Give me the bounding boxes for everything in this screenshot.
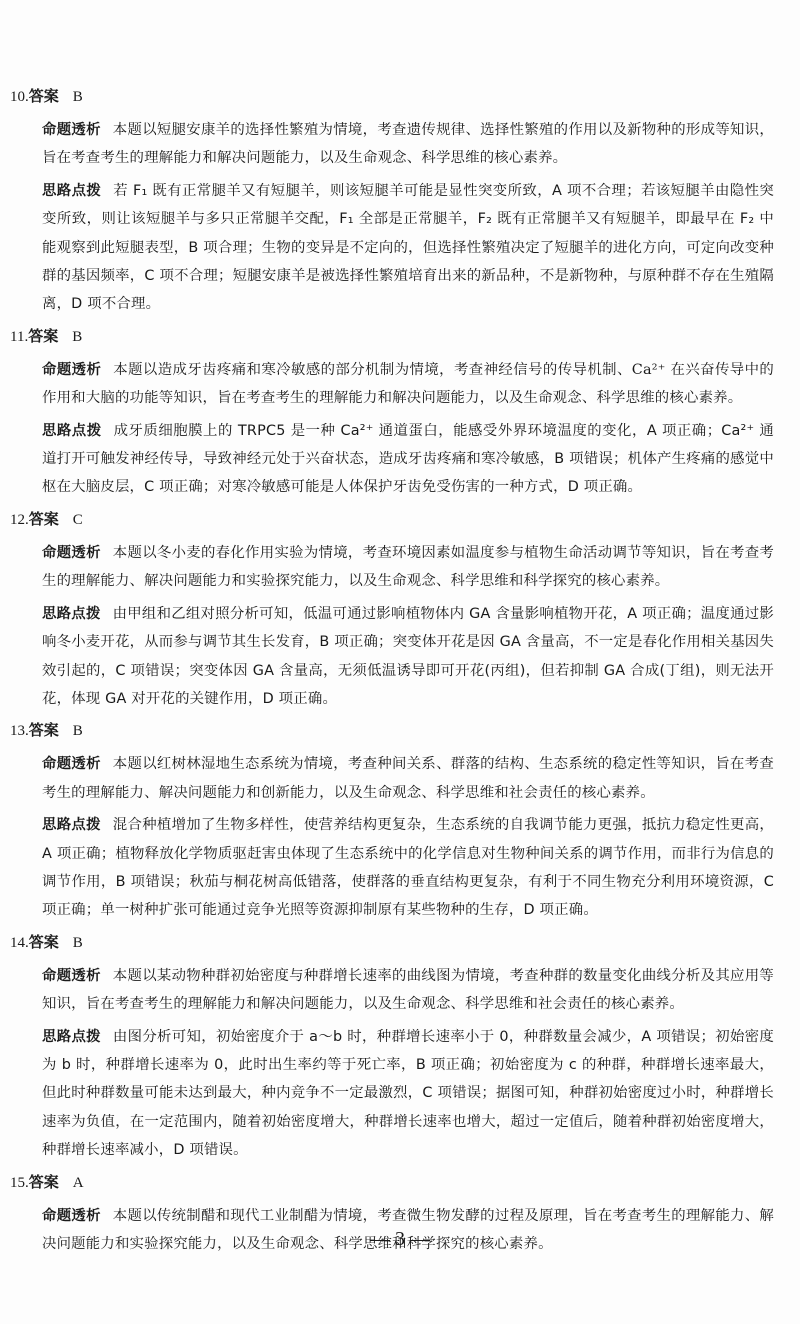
analysis-paragraph: 命题透析本题以造成牙齿疼痛和寒冷敏感的部分机制为情境，考查神经信号的传导机制、C…	[42, 356, 774, 413]
analysis-text: 本题以短腿安康羊的选择性繁殖为情境，考查遗传规律、选择性繁殖的作用以及新物种的形…	[42, 122, 774, 166]
hint-label: 思路点拨	[42, 1029, 101, 1045]
hint-label: 思路点拨	[42, 183, 101, 199]
question-number: 13.	[10, 723, 29, 739]
answer-label: 答案	[28, 328, 58, 345]
question-number: 10.	[10, 89, 29, 105]
question-header: 10.答案B	[10, 83, 800, 111]
page-number: — 3 —	[0, 1228, 800, 1251]
question-header: 13.答案B	[10, 717, 800, 745]
hint-label: 思路点拨	[42, 606, 101, 622]
hint-text: 由图分析可知，初始密度介于 a～b 时，种群增长速率小于 0，种群数量会减少，A…	[42, 1029, 774, 1159]
question-10: 10.答案B 命题透析本题以短腿安康羊的选择性繁殖为情境，考查遗传规律、选择性繁…	[0, 83, 800, 319]
analysis-text: 本题以冬小麦的春化作用实验为情境，考查环境因素如温度参与植物生命活动调节等知识，…	[42, 545, 774, 589]
hint-paragraph: 思路点拨成牙质细胞膜上的 TRPC5 是一种 Ca²⁺ 通道蛋白，能感受外界环境…	[42, 417, 774, 502]
answer-label: 答案	[29, 722, 59, 739]
question-number: 12.	[10, 512, 29, 528]
question-12: 12.答案C 命题透析本题以冬小麦的春化作用实验为情境，考查环境因素如温度参与植…	[0, 506, 800, 713]
hint-text: 成牙质细胞膜上的 TRPC5 是一种 Ca²⁺ 通道蛋白，能感受外界环境温度的变…	[42, 423, 774, 496]
analysis-paragraph: 命题透析本题以某动物种群初始密度与种群增长速率的曲线图为情境，考查种群的数量变化…	[42, 962, 774, 1019]
answer-label: 答案	[29, 88, 59, 105]
answer-value: B	[73, 723, 83, 739]
answer-value: B	[73, 89, 83, 105]
answer-key-page: 10.答案B 命题透析本题以短腿安康羊的选择性繁殖为情境，考查遗传规律、选择性繁…	[0, 83, 800, 1262]
hint-paragraph: 思路点拨由图分析可知，初始密度介于 a～b 时，种群增长速率小于 0，种群数量会…	[42, 1023, 774, 1165]
analysis-text: 本题以红树林湿地生态系统为情境，考查种间关系、群落的结构、生态系统的稳定性等知识…	[42, 756, 774, 800]
answer-value: A	[73, 1175, 84, 1191]
analysis-label: 命题透析	[42, 968, 101, 984]
hint-text: 混合种植增加了生物多样性，使营养结构更复杂，生态系统的自我调节能力更强，抵抗力稳…	[42, 817, 774, 918]
analysis-paragraph: 命题透析本题以短腿安康羊的选择性繁殖为情境，考查遗传规律、选择性繁殖的作用以及新…	[42, 116, 774, 173]
answer-value: B	[72, 329, 82, 345]
analysis-label: 命题透析	[42, 545, 101, 561]
analysis-paragraph: 命题透析本题以冬小麦的春化作用实验为情境，考查环境因素如温度参与植物生命活动调节…	[42, 539, 774, 596]
analysis-text: 本题以某动物种群初始密度与种群增长速率的曲线图为情境，考查种群的数量变化曲线分析…	[42, 968, 774, 1012]
hint-text: 若 F₁ 既有正常腿羊又有短腿羊，则该短腿羊可能是显性突变所致，A 项不合理；若…	[42, 183, 774, 313]
analysis-paragraph: 命题透析本题以红树林湿地生态系统为情境，考查种间关系、群落的结构、生态系统的稳定…	[42, 750, 774, 807]
hint-label: 思路点拨	[42, 817, 101, 833]
hint-paragraph: 思路点拨混合种植增加了生物多样性，使营养结构更复杂，生态系统的自我调节能力更强，…	[42, 811, 774, 925]
analysis-label: 命题透析	[42, 122, 101, 138]
analysis-text: 本题以造成牙齿疼痛和寒冷敏感的部分机制为情境，考查神经信号的传导机制、Ca²⁺ …	[42, 362, 774, 406]
answer-value: B	[73, 935, 83, 951]
question-header: 12.答案C	[10, 506, 800, 534]
answer-label: 答案	[29, 934, 59, 951]
hint-text: 由甲组和乙组对照分析可知，低温可通过影响植物体内 GA 含量影响植物开花，A 项…	[42, 606, 774, 707]
question-13: 13.答案B 命题透析本题以红树林湿地生态系统为情境，考查种间关系、群落的结构、…	[0, 717, 800, 924]
question-14: 14.答案B 命题透析本题以某动物种群初始密度与种群增长速率的曲线图为情境，考查…	[0, 929, 800, 1165]
analysis-label: 命题透析	[42, 756, 101, 772]
question-number: 11.	[10, 329, 28, 345]
question-header: 14.答案B	[10, 929, 800, 957]
answer-label: 答案	[29, 511, 59, 528]
answer-label: 答案	[29, 1174, 59, 1191]
hint-paragraph: 思路点拨由甲组和乙组对照分析可知，低温可通过影响植物体内 GA 含量影响植物开花…	[42, 600, 774, 714]
hint-paragraph: 思路点拨若 F₁ 既有正常腿羊又有短腿羊，则该短腿羊可能是显性突变所致，A 项不…	[42, 177, 774, 319]
question-number: 15.	[10, 1175, 29, 1191]
analysis-label: 命题透析	[42, 362, 101, 378]
answer-value: C	[73, 512, 83, 528]
question-11: 11.答案B 命题透析本题以造成牙齿疼痛和寒冷敏感的部分机制为情境，考查神经信号…	[0, 323, 800, 502]
analysis-label: 命题透析	[42, 1208, 101, 1224]
question-header: 15.答案A	[10, 1169, 800, 1197]
question-header: 11.答案B	[10, 323, 800, 351]
question-number: 14.	[10, 935, 29, 951]
hint-label: 思路点拨	[42, 423, 102, 439]
